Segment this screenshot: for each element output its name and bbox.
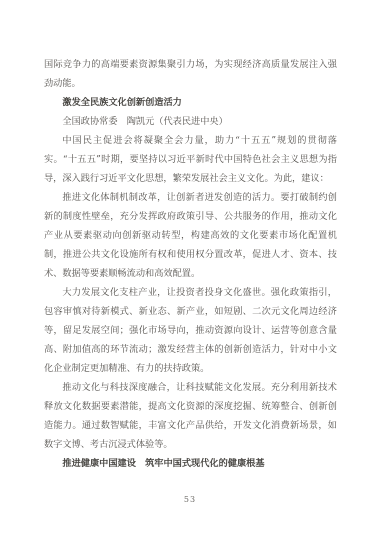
next-section-title: 推进健康中国建设 筑牢中国式现代化的健康根基 — [44, 454, 337, 473]
article-title: 激发全民族文化创新创造活力 — [44, 93, 337, 112]
article-paragraph: 大力发展文化支柱产业，让投资者投身文化盛世。强化政策指引，包容审慎对待新模式、新… — [44, 283, 337, 378]
continuation-paragraph: 国际竞争力的高端要素资源集聚引力场，为实现经济高质量发展注入强劲动能。 — [44, 55, 337, 93]
document-content: 国际竞争力的高端要素资源集聚引力场，为实现经济高质量发展注入强劲动能。 激发全民… — [44, 55, 337, 473]
article-paragraph: 推动文化与科技深度融合，让科技赋能文化发展。充分利用新技术释放文化数据要素潜能，… — [44, 378, 337, 454]
article-paragraph: 中国民主促进会将凝聚全会力量，助力“十五五”规划的贯彻落实。“十五五”时期，要坚… — [44, 131, 337, 188]
article-byline: 全国政协常委 陶凯元（代表民进中央） — [44, 112, 337, 131]
page-number: 53 — [0, 494, 380, 506]
document-page: 国际竞争力的高端要素资源集聚引力场，为实现经济高质量发展注入强劲动能。 激发全民… — [0, 0, 380, 537]
article-paragraph: 推进文化体制机制改革，让创新者迸发创造的活力。要打破制约创新的制度性壁垒，充分发… — [44, 188, 337, 283]
